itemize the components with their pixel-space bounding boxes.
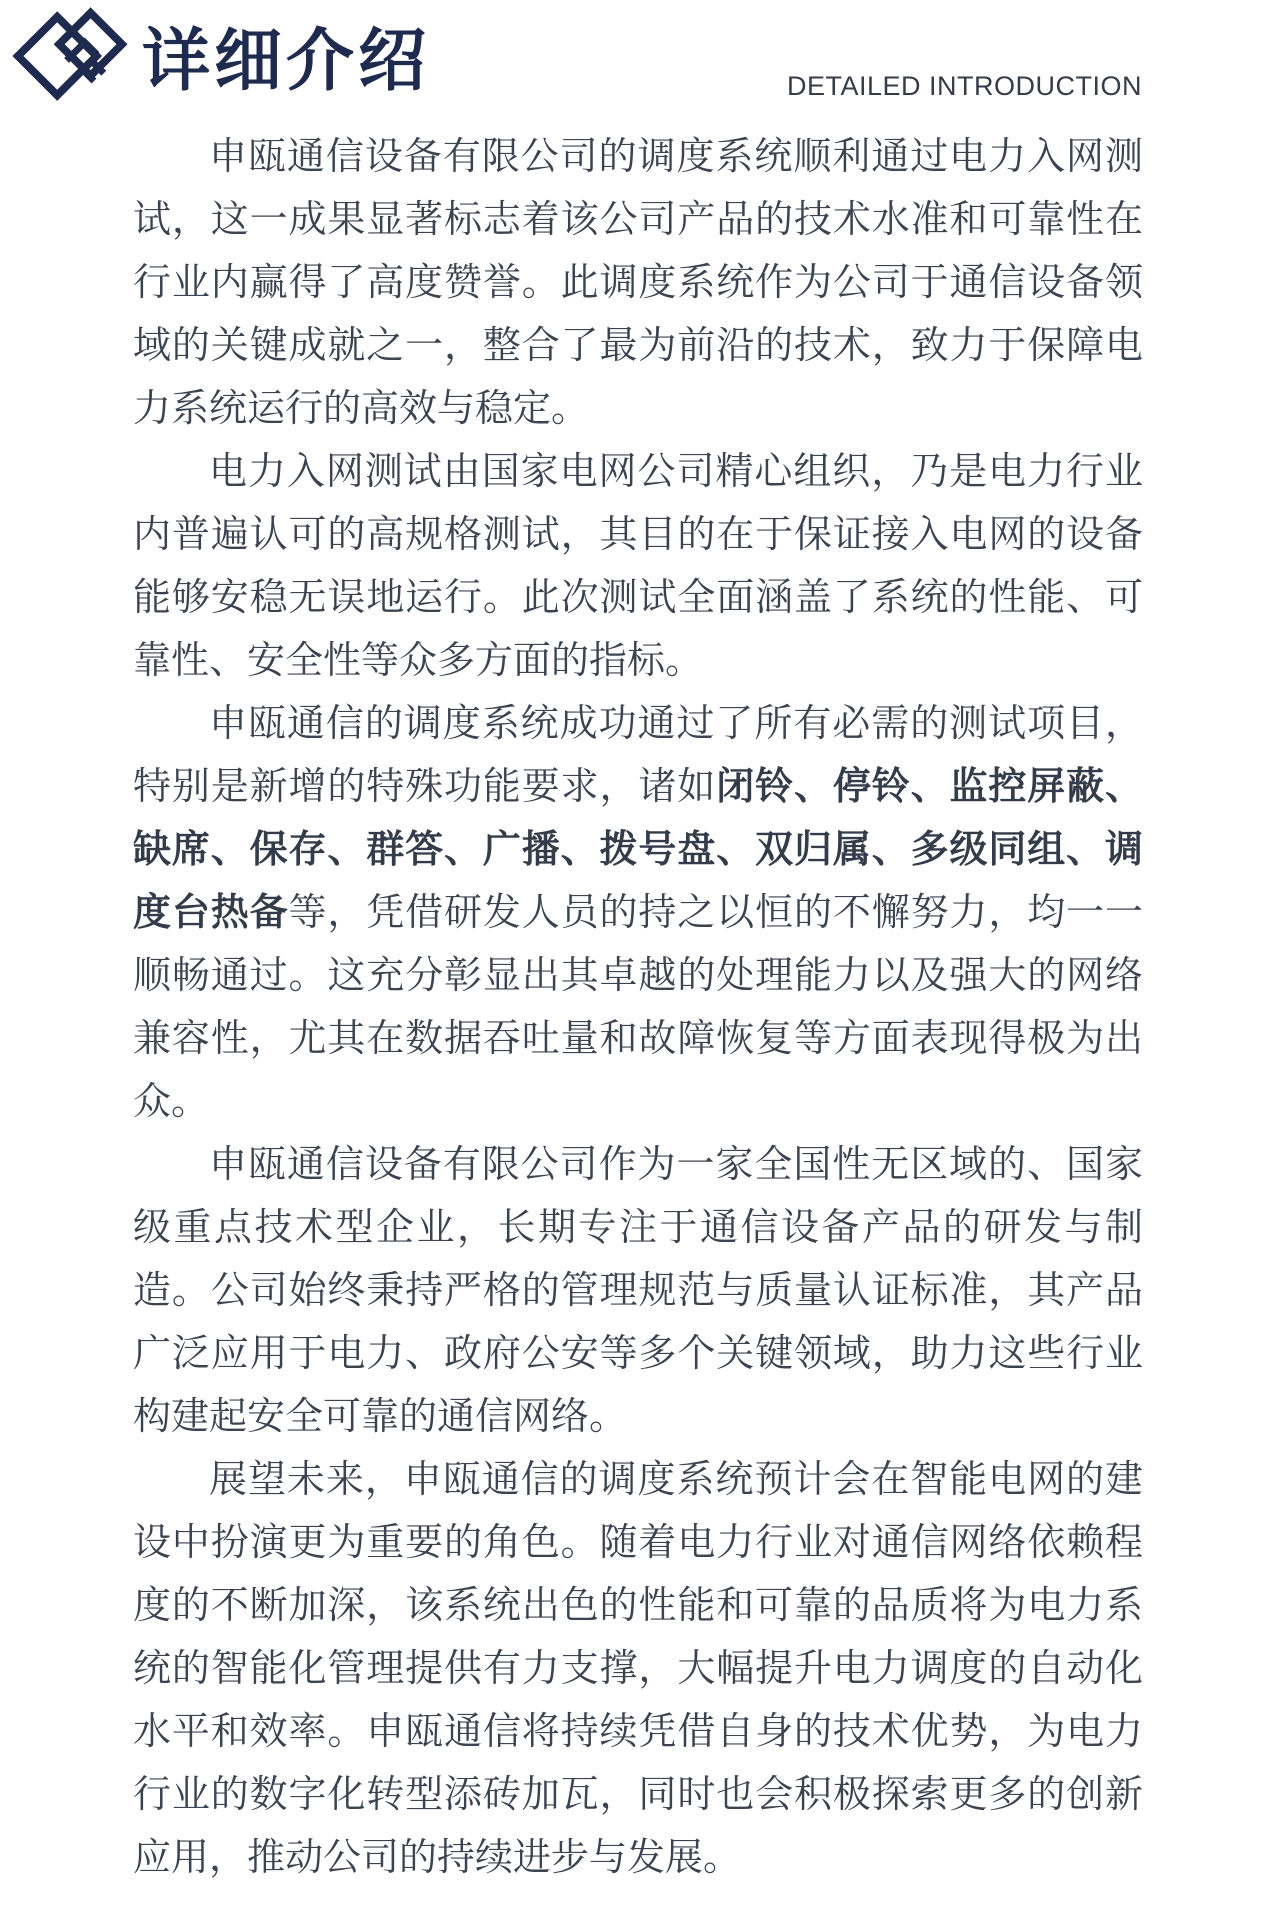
page-title: 详细介绍 xyxy=(142,24,430,99)
paragraph-3: 申瓯通信的调度系统成功通过了所有必需的测试项目，特别是新增的特殊功能要求，诸如闭… xyxy=(133,693,1143,1134)
paragraph-2: 电力入网测试由国家电网公司精心组织，乃是电力行业内普遍认可的高规格测试，其目的在… xyxy=(133,441,1143,693)
paragraph-1-text: 申瓯通信设备有限公司的调度系统顺利通过电力入网测试，这一成果显著标志着该公司产品… xyxy=(133,136,1143,430)
paragraph-5: 展望未来，申瓯通信的调度系统预计会在智能电网的建设中扮演更为重要的角色。随着电力… xyxy=(133,1449,1143,1890)
brand-block: 详细介绍 xyxy=(10,5,430,111)
paragraph-4: 申瓯通信设备有限公司作为一家全国性无区域的、国家级重点技术型企业，长期专注于通信… xyxy=(133,1134,1143,1449)
section-header: 详细介绍 DETAILED INTRODUCTION xyxy=(0,0,1280,112)
page-subtitle-en: DETAILED INTRODUCTION xyxy=(787,71,1142,102)
document-page: 详细介绍 DETAILED INTRODUCTION 申瓯通信设备有限公司的调度… xyxy=(0,0,1280,1930)
paragraph-4-text: 申瓯通信设备有限公司作为一家全国性无区域的、国家级重点技术型企业，长期专注于通信… xyxy=(133,1144,1143,1438)
paragraph-2-text: 电力入网测试由国家电网公司精心组织，乃是电力行业内普遍认可的高规格测试，其目的在… xyxy=(133,451,1143,682)
paragraph-1: 申瓯通信设备有限公司的调度系统顺利通过电力入网测试，这一成果显著标志着该公司产品… xyxy=(133,126,1143,441)
article-body: 申瓯通信设备有限公司的调度系统顺利通过电力入网测试，这一成果显著标志着该公司产品… xyxy=(0,112,1280,1930)
paragraph-5-text: 展望未来，申瓯通信的调度系统预计会在智能电网的建设中扮演更为重要的角色。随着电力… xyxy=(133,1459,1143,1879)
handshake-diamonds-icon xyxy=(10,5,128,111)
